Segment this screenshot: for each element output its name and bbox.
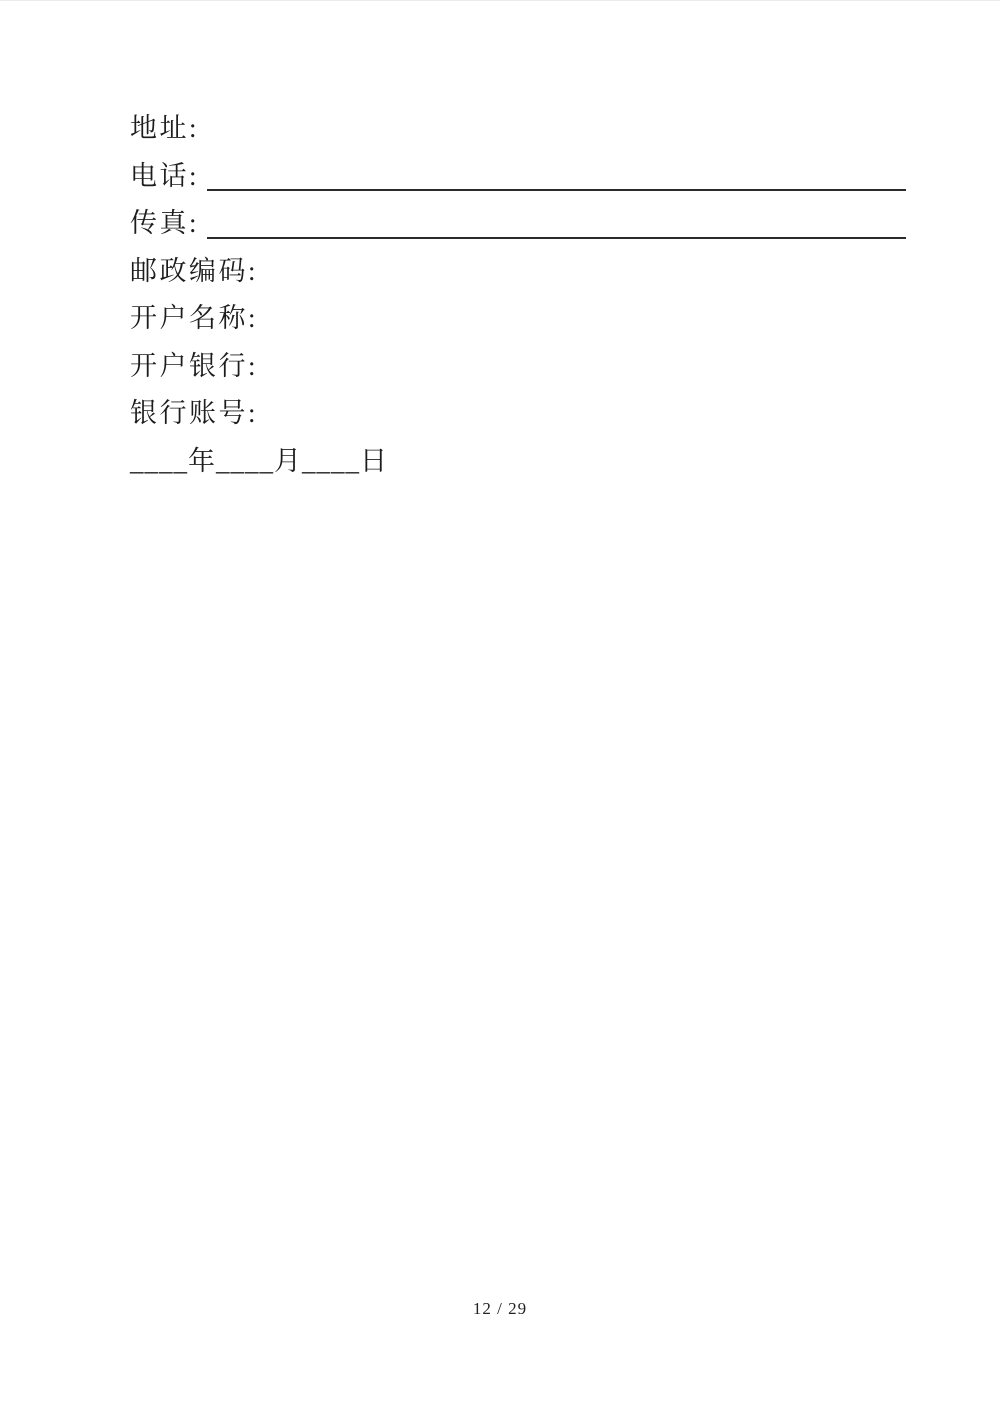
contact-bank-info-block: 地址: 电话: 传真: 邮政编码: 开户名称: 开户银行: 银行账号: ____… [130,105,906,485]
account-name-line: 开户名称: [130,295,906,343]
bank-name-label: 开户银行: [130,343,258,391]
fax-blank-rule [207,200,906,239]
postal-code-label: 邮政编码: [130,248,258,296]
address-label: 地址: [130,105,199,153]
page-number: 12 / 29 [0,1299,1000,1319]
bank-name-line: 开户银行: [130,343,906,391]
date-blank-line: ____年____月____日 [130,438,906,486]
postal-code-line: 邮政编码: [130,248,906,296]
phone-blank-rule [207,153,906,192]
phone-line: 电话: [130,153,906,201]
fax-line: 传真: [130,200,906,248]
fax-label: 传真: [130,200,199,248]
bank-account-line: 银行账号: [130,390,906,438]
account-name-label: 开户名称: [130,295,258,343]
bank-account-label: 银行账号: [130,390,258,438]
address-line: 地址: [130,105,906,153]
phone-label: 电话: [130,153,199,201]
document-page: 地址: 电话: 传真: 邮政编码: 开户名称: 开户银行: 银行账号: ____… [0,0,1000,1415]
